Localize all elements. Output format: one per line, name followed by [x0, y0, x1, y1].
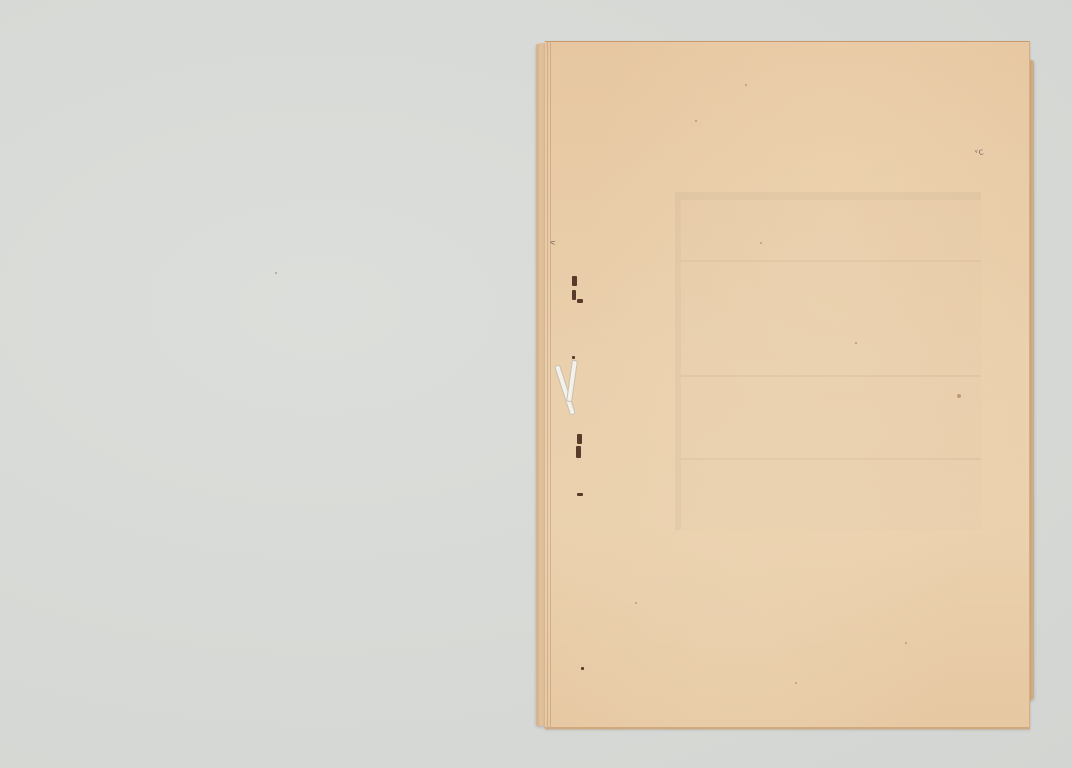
staple-hole [581, 667, 584, 670]
paper-speck [905, 642, 907, 644]
margin-pencil-mark: ʌ [548, 239, 558, 245]
background-speck [275, 272, 277, 274]
staple-hole [572, 290, 576, 300]
binding-hole [572, 356, 575, 359]
staple-hole [577, 299, 583, 303]
paper-speck [760, 242, 762, 244]
paper-speck [795, 682, 797, 684]
paper-speck [745, 84, 747, 86]
staple-hole [572, 276, 577, 286]
paper-speck [695, 120, 697, 122]
corner-pencil-mark: ᵛc [974, 147, 985, 159]
page-edge-line [547, 42, 548, 727]
paper-speck [635, 602, 637, 604]
document-page: ᵛc ʌ [545, 41, 1030, 729]
page-edge-line [550, 42, 551, 727]
show-through-line [681, 375, 981, 377]
show-through-line [681, 260, 981, 262]
staple-hole [577, 434, 582, 444]
paper-speck [957, 394, 961, 398]
binding-wire [566, 360, 578, 402]
staple-hole [577, 493, 583, 496]
staple-hole [576, 446, 581, 458]
paper-speck [855, 342, 857, 344]
show-through-print [675, 192, 981, 530]
photo-scene: ᵛc ʌ [0, 0, 1072, 768]
show-through-line [681, 458, 981, 460]
